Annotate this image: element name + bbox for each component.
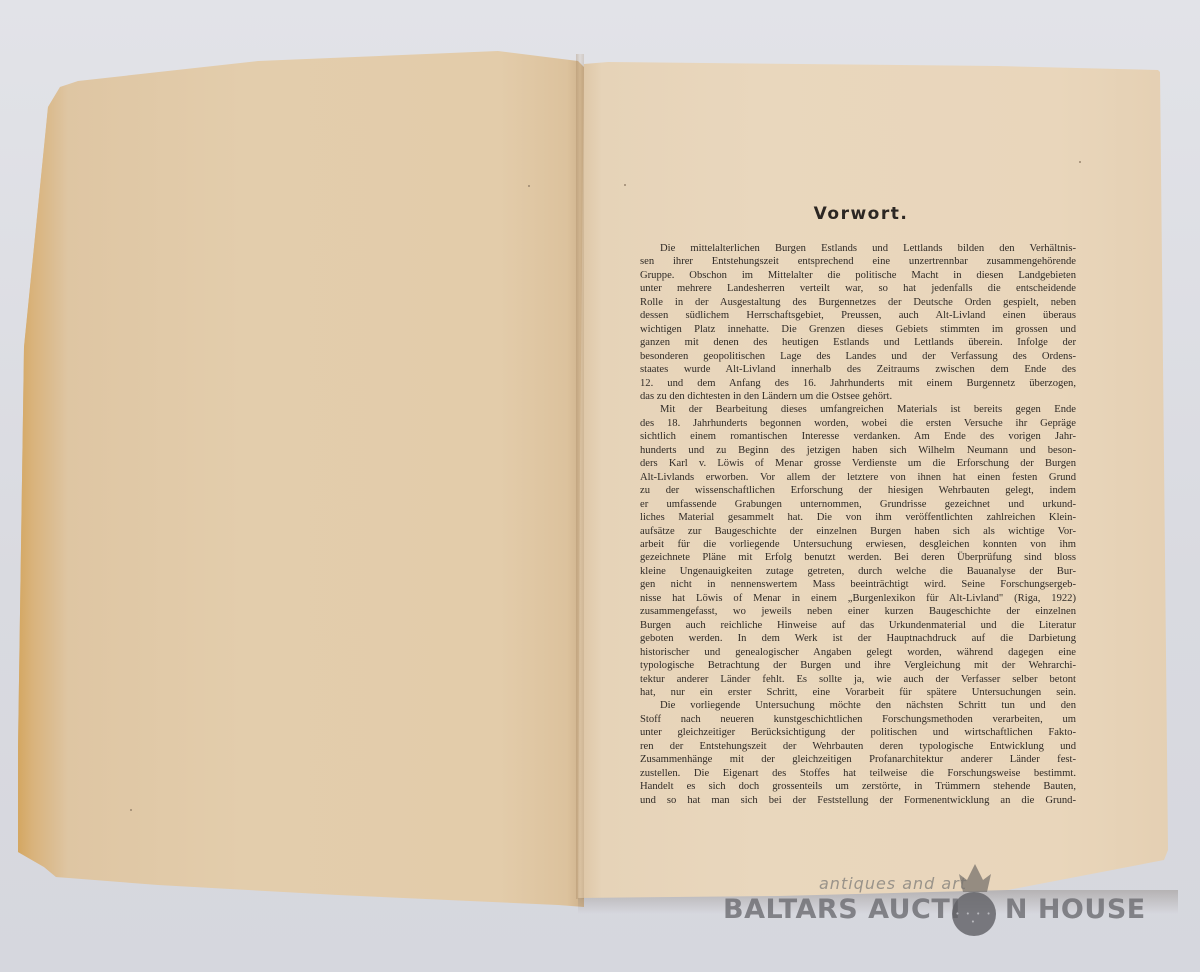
text-line: aufsätze zur Baugeschichte der einzelnen…	[640, 525, 1076, 538]
text-line: und so hat man sich bei der Feststellung…	[640, 794, 1076, 807]
paragraph-2: Mit der Bearbeitung dieses umfangreichen…	[640, 403, 1076, 699]
text-line: wichtigen Platz innehatte. Die Grenzen d…	[640, 323, 1076, 336]
text-line: typologische Betrachtung der Burgen und …	[640, 659, 1076, 672]
page-text: Vorwort. Die mittelalterlichen Burgen Es…	[640, 200, 1076, 807]
paper-speck	[1079, 161, 1081, 163]
text-line: arbeit für die vorliegende Untersuchung …	[640, 538, 1076, 551]
text-line: zustellen. Die Eigenart des Stoffes hat …	[640, 767, 1076, 780]
text-line: er umfassende Grabungen unternommen, Gru…	[640, 498, 1076, 511]
text-line: Mit der Bearbeitung dieses umfangreichen…	[640, 403, 1076, 416]
text-line: sichtlich einem romantischen Interesse v…	[640, 430, 1076, 443]
text-line: ganzen mit denen des heutigen Estlands u…	[640, 336, 1076, 349]
text-line: Alt-Livlands erworben. Vor allem der let…	[640, 471, 1076, 484]
text-line: ren der Entstehungszeit der Wehrbauten d…	[640, 740, 1076, 753]
text-line: hat, nur ein erster Schritt, eine Vorarb…	[640, 686, 1076, 699]
text-line: unter gleichzeitiger Berücksichtigung de…	[640, 726, 1076, 739]
text-line: nisse hat Löwis of Menar in einem „Burge…	[640, 592, 1076, 605]
page-title: Vorwort.	[640, 200, 1076, 228]
text-line: gen nicht in nennenswertem Mass beeinträ…	[640, 578, 1076, 591]
text-line: kleine Ungenauigkeiten zutage getreten, …	[640, 565, 1076, 578]
text-line: dessen südlichem Herrschaftsgebiet, Preu…	[640, 309, 1076, 322]
text-line: 12. und dem Anfang des 16. Jahrhunderts …	[640, 377, 1076, 390]
paper-speck	[130, 809, 132, 811]
text-line: tektur anderer Länder fehlt. Es sollte j…	[640, 673, 1076, 686]
text-line: Die mittelalterlichen Burgen Estlands un…	[640, 242, 1076, 255]
text-line: staates wurde Alt-Livland innerhalb des …	[640, 363, 1076, 376]
text-line: Burgen auch reichliche Hinweise auf das …	[640, 619, 1076, 632]
paragraph-1: Die mittelalterlichen Burgen Estlands un…	[640, 242, 1076, 403]
text-line: Die vorliegende Untersuchung möchte den …	[640, 699, 1076, 712]
paragraph-3: Die vorliegende Untersuchung möchte den …	[640, 699, 1076, 807]
text-line: geboten werden. In dem Werk ist der Haup…	[640, 632, 1076, 645]
text-line: sen ihrer Entstehungszeit entsprechend e…	[640, 255, 1076, 268]
text-line: historischer und genealogischer Angaben …	[640, 646, 1076, 659]
left-page-blank	[18, 47, 584, 907]
text-line: unter mehrere Landesherren verteilt war,…	[640, 282, 1076, 295]
text-line: gezeichnete Pläne mit Erfolg benutzt wer…	[640, 551, 1076, 564]
text-line: des 18. Jahrhunderts begonnen worden, wo…	[640, 417, 1076, 430]
text-line: besonderen geopolitischen Lage des Lande…	[640, 350, 1076, 363]
text-line: Gruppe. Obschon im Mittelalter die polit…	[640, 269, 1076, 282]
paper-speck	[624, 184, 626, 186]
text-line: Handelt es sich doch grossenteils um zer…	[640, 780, 1076, 793]
text-line: liches Material gesammelt hat. Die von i…	[640, 511, 1076, 524]
text-line: Stoff nach neueren kunstgeschichtlichen …	[640, 713, 1076, 726]
text-line: zusammengefasst, wo jeweils neben einer …	[640, 605, 1076, 618]
text-line: ders Karl v. Löwis of Menar grosse Verdi…	[640, 457, 1076, 470]
text-line: zu der wissenschaftlichen Erforschung de…	[640, 484, 1076, 497]
text-line: das zu den dichtesten in den Ländern um …	[640, 390, 1076, 403]
paper-speck	[528, 185, 530, 187]
text-line: hunderts und zu Beginn des jetzigen habe…	[640, 444, 1076, 457]
text-line: Rolle in der Ausgestaltung des Burgennet…	[640, 296, 1076, 309]
book-gutter	[576, 54, 584, 899]
text-line: Zusammenhänge mit der gleichzeitigen Pro…	[640, 753, 1076, 766]
